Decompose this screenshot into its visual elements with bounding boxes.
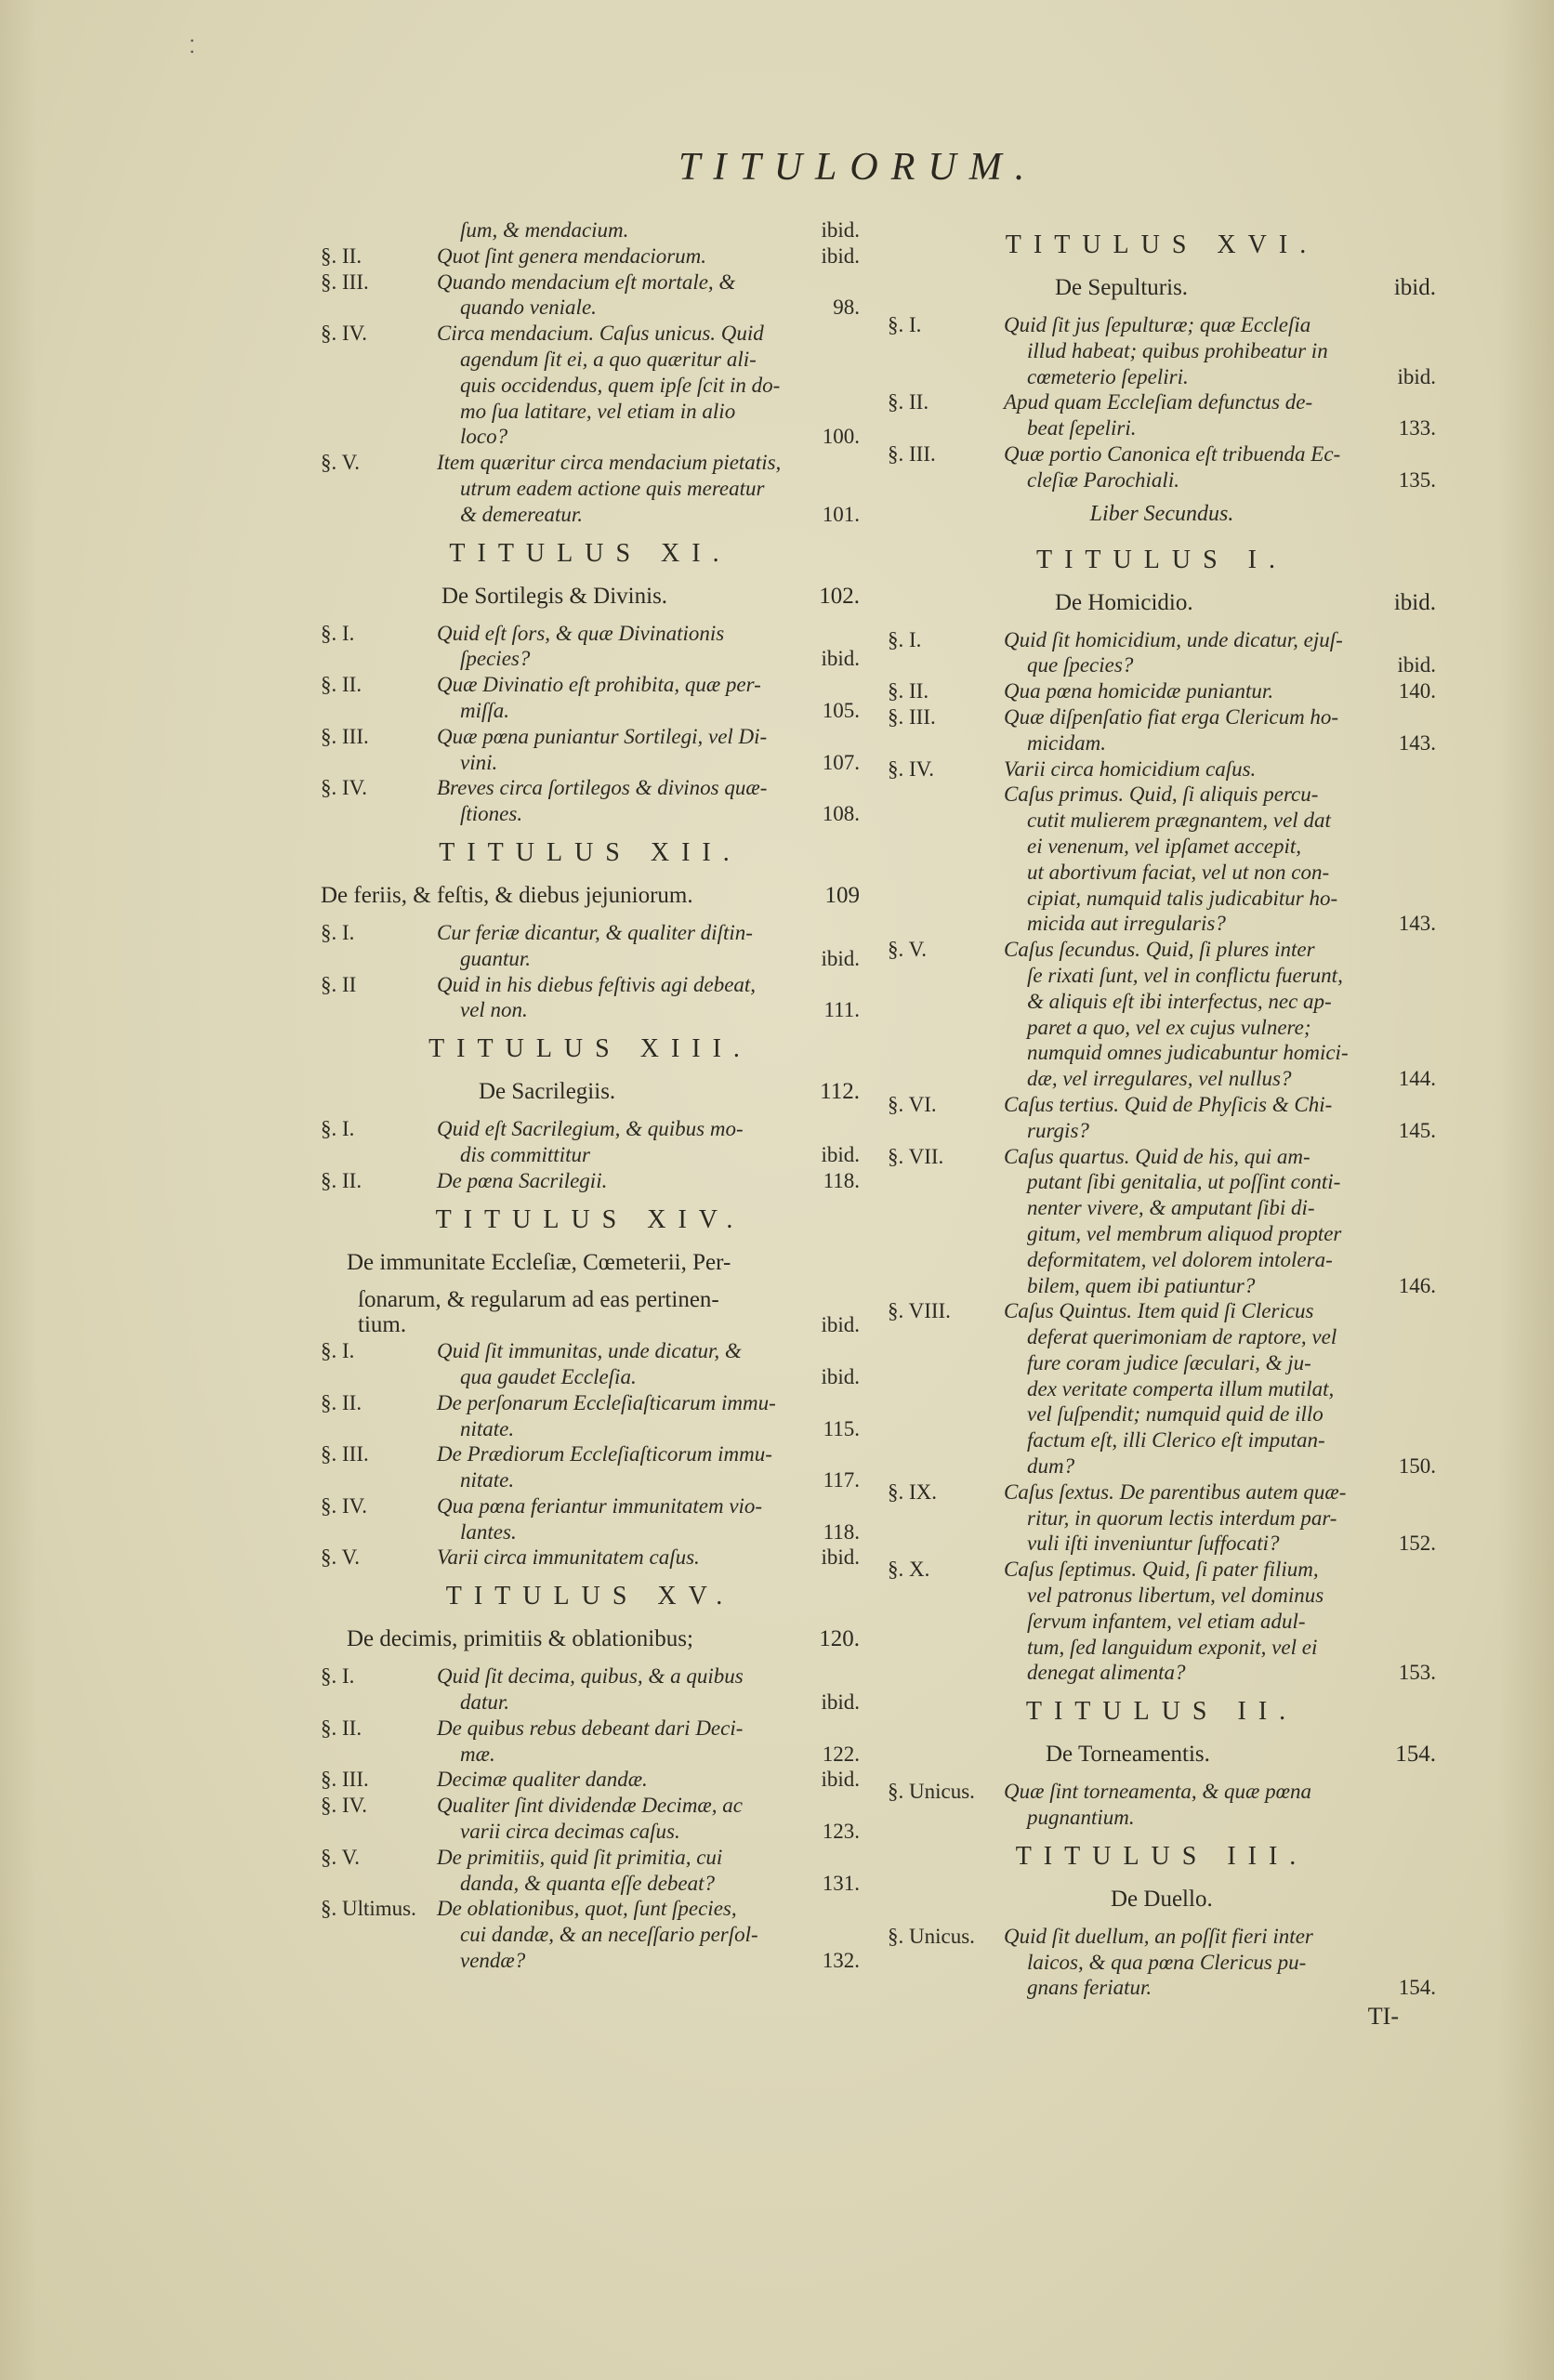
entry-text: Quid in his diebus feſtivis agi debeat, — [437, 972, 756, 998]
section-number: §. I. — [888, 627, 921, 653]
toc-entry-line: vendæ?132. — [321, 1948, 860, 1974]
page-reference: 107. — [823, 750, 860, 776]
entry-text: paret a quo, vel ex cujus vulnere; — [1027, 1015, 1311, 1041]
entry-text: Apud quam Eccleſiam defunctus de- — [1004, 389, 1312, 415]
toc-entry-line: §. Unicus.Quæ ſint torneamenta, & quæ pœ… — [888, 1779, 1436, 1805]
entry-text: ſervum infantem, vel etiam adul- — [1027, 1609, 1306, 1635]
section-number: §. VI. — [888, 1092, 937, 1118]
toc-entry-line: §. IV.Breves circa ſortilegos & divinos … — [321, 775, 860, 801]
entry-text: Quid ſit homicidium, unde dicatur, ejuſ- — [1004, 627, 1343, 653]
entry-text: ritur, in quorum lectis interdum par- — [1027, 1506, 1337, 1532]
section-number: §. III. — [888, 704, 936, 730]
toc-entry-line: miſſa.105. — [321, 698, 860, 724]
toc-entry-line: §. III.Quando mendacium eſt mortale, & — [321, 270, 860, 296]
section-number: §. V. — [321, 1545, 360, 1571]
section-number: §. X. — [888, 1557, 929, 1583]
toc-entry-line: dex veritate comperta illum mutilat, — [888, 1376, 1436, 1402]
toc-entry-line: nenter vivere, & amputant ſibi di- — [888, 1195, 1436, 1221]
toc-entry-line: factum eſt, illi Clerico eſt imputan- — [888, 1427, 1436, 1453]
page-reference: 131. — [823, 1871, 860, 1897]
entry-text: quando veniale. — [460, 295, 597, 321]
toc-entry-line: §. III.Quæ diſpenſatio fiat erga Clericu… — [888, 704, 1436, 730]
entry-text: Item quæritur circa mendacium pietatis, — [437, 450, 781, 476]
toc-entry-line: ſonarum, & regularum ad eas pertinen- — [321, 1287, 860, 1313]
entry-text: Quid ſit jus ſepulturæ; quæ Eccleſia — [1004, 312, 1310, 338]
toc-entry-line: §. III.De Prædiorum Eccleſiaſticorum imm… — [321, 1441, 860, 1467]
section-number: §. I. — [321, 920, 354, 946]
toc-entry-line: vuli iſti inveniuntur ſuffocati?152. — [888, 1531, 1436, 1557]
entry-text: bilem, quem ibi patiuntur? — [1027, 1273, 1255, 1299]
section-number: §. Ultimus. — [321, 1896, 416, 1922]
toc-entry-line: §. V.De primitiis, quid ſit primitia, cu… — [321, 1845, 860, 1871]
section-number: §. II. — [321, 1390, 362, 1416]
toc-entry-line: cleſiæ Parochiali.135. — [888, 467, 1436, 493]
toc-entry-line: §. I.Quid eſt ſors, & quæ Divinationis — [321, 621, 860, 647]
binding-mark: ·· — [189, 35, 195, 58]
titulus-heading: TITULUS I. — [888, 540, 1436, 581]
toc-entry-line: gnans feriatur.154. — [888, 1975, 1436, 2001]
entry-text: datur. — [460, 1690, 509, 1716]
titulus-heading: TITULUS II. — [888, 1691, 1436, 1732]
entry-text: nitate. — [460, 1416, 514, 1442]
toc-entry-line: quis occidendus, quem ipſe ſcit in do- — [321, 373, 860, 399]
entry-text: laicos, & qua pœna Clericus pu- — [1027, 1950, 1306, 1976]
toc-entry-line: ſpecies?ibid. — [321, 646, 860, 672]
toc-entry-line: cui dandæ, & an neceſſario perſol- — [321, 1922, 860, 1948]
entry-text: quis occidendus, quem ipſe ſcit in do- — [460, 373, 780, 399]
entry-text: ſtiones. — [460, 801, 522, 827]
toc-entry-line: §. IV.Circa mendacium. Caſus unicus. Qui… — [321, 321, 860, 347]
section-number: §. IV. — [321, 1793, 367, 1819]
entry-text: cui dandæ, & an neceſſario perſol- — [460, 1922, 758, 1948]
section-number: §. V. — [888, 937, 927, 963]
toc-entry-line: §. IV.Varii circa homicidium caſus. — [888, 756, 1436, 782]
toc-entry-line: ritur, in quorum lectis interdum par- — [888, 1506, 1436, 1532]
entry-text: dex veritate comperta illum mutilat, — [1027, 1376, 1334, 1402]
toc-entry-line: dæ, vel irregulares, vel nullus?144. — [888, 1066, 1436, 1092]
entry-text: que ſpecies? — [1027, 652, 1133, 678]
titulus-heading: TITULUS XII. — [321, 833, 860, 874]
toc-entry-line: §. IIQuid in his diebus feſtivis agi deb… — [321, 972, 860, 998]
catchword: TI- — [888, 2001, 1436, 2032]
page-reference: 145. — [1399, 1118, 1436, 1144]
section-number: §. IV. — [321, 321, 367, 347]
entry-text: De quibus rebus debeant dari Deci- — [437, 1716, 743, 1742]
entry-text: De perſonarum Eccleſiaſticarum immu- — [437, 1390, 776, 1416]
page-reference: 98. — [833, 295, 860, 321]
entry-text: & aliquis eſt ibi interfectus, nec ap- — [1027, 989, 1332, 1015]
page-reference: ibid. — [1394, 270, 1436, 307]
toc-entry-line: tium.ibid. — [321, 1312, 860, 1338]
section-number: §. II. — [321, 1716, 362, 1742]
subject-text: De decimis, primitiis & oblationibus; — [347, 1621, 693, 1658]
entry-text: gitum, vel membrum aliquod propter — [1027, 1221, 1341, 1247]
page-reference: 143. — [1399, 730, 1436, 756]
page-reference: ibid. — [1394, 585, 1436, 622]
entry-text: dis committitur — [460, 1142, 590, 1168]
toc-entry-line: §. III.Quæ portio Canonica eſt tribuenda… — [888, 441, 1436, 467]
toc-entry-line: cutit mulierem prægnantem, vel dat — [888, 808, 1436, 834]
subject-text: De Sacrilegiis. — [479, 1073, 615, 1111]
entry-text: Breves circa ſortilegos & divinos quæ- — [437, 775, 767, 801]
toc-entry-line: §. IV.Qualiter ſint dividendæ Decimæ, ac — [321, 1793, 860, 1819]
section-number: §. III. — [321, 270, 369, 296]
toc-entry-line: dum?150. — [888, 1453, 1436, 1479]
entry-text: pugnantium. — [1027, 1805, 1135, 1831]
toc-entry-line: §. I.Quid ſit decima, quibus, & a quibus — [321, 1663, 860, 1690]
entry-text: ſpecies? — [460, 646, 530, 672]
entry-text: Quot ſint genera mendaciorum. — [437, 243, 706, 270]
toc-entry-line: ſtiones.108. — [321, 801, 860, 827]
titulus-subject: De feriis, & feſtis, & diebus jejuniorum… — [321, 877, 860, 914]
entry-text: Quid eſt ſors, & quæ Divinationis — [437, 621, 724, 647]
section-number: §. Unicus. — [888, 1779, 975, 1805]
entry-text: loco? — [460, 424, 507, 450]
section-number: §. I. — [321, 1116, 354, 1142]
section-number: §. V. — [321, 1845, 360, 1871]
page-reference: ibid. — [821, 217, 860, 243]
toc-entry-line: denegat alimenta?153. — [888, 1660, 1436, 1686]
toc-entry-line: ei venenum, vel ipſamet accepit, — [888, 834, 1436, 860]
toc-entry-line: fure coram judice ſæculari, & ju- — [888, 1350, 1436, 1376]
entry-text: Caſus quartus. Quid de his, qui am- — [1004, 1144, 1310, 1170]
toc-entry-line: dis committituribid. — [321, 1142, 860, 1168]
toc-entry-line: vel ſuſpendit; numquid quid de illo — [888, 1401, 1436, 1427]
entry-text: tum, ſed languidum exponit, vel ei — [1027, 1635, 1317, 1661]
entry-text: putant ſibi genitalia, ut poſſint conti- — [1027, 1169, 1340, 1195]
toc-entry-line: loco?100. — [321, 424, 860, 450]
entry-text: ſe rixati ſunt, vel in conflictu fuerunt… — [1027, 963, 1343, 989]
page-reference: 105. — [823, 698, 860, 724]
titulus-heading: TITULUS XIV. — [321, 1200, 860, 1241]
toc-entry-line: vel patronus libertum, vel dominus — [888, 1583, 1436, 1609]
section-number: §. IV. — [888, 756, 934, 782]
entry-text: De Prædiorum Eccleſiaſticorum immu- — [437, 1441, 772, 1467]
toc-entry-line: §. I.Quid ſit homicidium, unde dicatur, … — [888, 627, 1436, 653]
subject-text: De Sepulturis. — [1055, 270, 1188, 307]
entry-text: dum? — [1027, 1453, 1074, 1479]
section-number: §. II. — [888, 389, 928, 415]
section-number: §. I. — [321, 1338, 354, 1364]
toc-entry-line: §. I.Cur feriæ dicantur, & qualiter diſt… — [321, 920, 860, 946]
page-reference: ibid. — [821, 1142, 860, 1168]
section-number: §. VII. — [888, 1144, 943, 1170]
right-column: TITULUS XVI.De Sepulturis.ibid.§. I.Quid… — [888, 219, 1436, 2032]
entry-text: beat ſepeliri. — [1027, 415, 1137, 441]
titulus-subject: De Homicidio.ibid. — [888, 585, 1436, 622]
entry-text: cœmeterio ſepeliri. — [1027, 364, 1189, 390]
entry-text: varii circa decimas caſus. — [460, 1819, 680, 1845]
entry-text: Caſus primus. Quid, ſi aliquis percu- — [1004, 782, 1318, 808]
toc-entry-line: deferat querimoniam de raptore, vel — [888, 1324, 1436, 1350]
entry-text: vendæ? — [460, 1948, 525, 1974]
page-reference: ibid. — [821, 1545, 860, 1571]
subject-text: De Sortilegis & Divinis. — [441, 578, 667, 615]
entry-text: tium. — [358, 1312, 406, 1338]
entry-text: rurgis? — [1027, 1118, 1089, 1144]
titulus-heading: TITULUS XI. — [321, 533, 860, 574]
page-reference: 101. — [823, 502, 860, 528]
toc-entry-line: §. V.Caſus ſecundus. Quid, ſi plures int… — [888, 937, 1436, 963]
subject-text: De Torneamentis. — [1046, 1736, 1210, 1773]
entry-text: Varii circa homicidium caſus. — [1004, 756, 1256, 782]
entry-text: micidam. — [1027, 730, 1106, 756]
page-reference: 135. — [1399, 467, 1436, 493]
entry-text: mæ. — [460, 1742, 495, 1768]
entry-text: Quæ ſint torneamenta, & quæ pœna — [1004, 1779, 1311, 1805]
toc-entry-line: §. I.Quid ſit immunitas, unde dicatur, & — [321, 1338, 860, 1364]
toc-entry-line: §. II.Apud quam Eccleſiam defunctus de- — [888, 389, 1436, 415]
entry-text: De pœna Sacrilegii. — [437, 1168, 607, 1194]
toc-entry-line: nitate.115. — [321, 1416, 860, 1442]
toc-entry-line: §. VIII.Caſus Quintus. Item quid ſi Cler… — [888, 1298, 1436, 1324]
toc-entry-line: pugnantium. — [888, 1805, 1436, 1831]
page-reference: 146. — [1399, 1273, 1436, 1299]
entry-text: ſonarum, & regularum ad eas pertinen- — [358, 1287, 719, 1313]
toc-entry-line: mæ.122. — [321, 1742, 860, 1768]
entry-text: Quid ſit immunitas, unde dicatur, & — [437, 1338, 742, 1364]
page-reference: 133. — [1399, 415, 1436, 441]
entry-text: numquid omnes judicabuntur homici- — [1027, 1040, 1349, 1066]
section-number: §. III. — [321, 1441, 369, 1467]
entry-text: cleſiæ Parochiali. — [1027, 467, 1179, 493]
page-reference: ibid. — [821, 646, 860, 672]
toc-entry-line: §. II.De quibus rebus debeant dari Deci- — [321, 1716, 860, 1742]
entry-text: De primitiis, quid ſit primitia, cui — [437, 1845, 722, 1871]
toc-entry-line: quando veniale.98. — [321, 295, 860, 321]
page-reference: 111. — [823, 997, 860, 1023]
section-number: §. II. — [321, 1168, 362, 1194]
titulus-subject: De Sortilegis & Divinis.102. — [321, 578, 860, 615]
titulus-subject: De immunitate Eccleſiæ, Cœmeterii, Per- — [321, 1244, 860, 1282]
entry-text: vel ſuſpendit; numquid quid de illo — [1027, 1401, 1324, 1427]
section-number: §. II. — [321, 243, 362, 270]
entry-text: Caſus tertius. Quid de Phyſicis & Chi- — [1004, 1092, 1332, 1118]
entry-text: cipiat, numquid talis judicabitur ho- — [1027, 886, 1337, 912]
page-reference: 100. — [823, 424, 860, 450]
toc-entry-line: §. V.Item quæritur circa mendacium pieta… — [321, 450, 860, 476]
entry-text: guantur. — [460, 946, 531, 972]
toc-entry-line: §. II.Qua pœna homicidæ puniantur.140. — [888, 678, 1436, 704]
entry-text: ſum, & mendacium. — [460, 217, 628, 243]
entry-text: qua gaudet Eccleſia. — [460, 1364, 637, 1390]
toc-entry-line: Caſus primus. Quid, ſi aliquis percu- — [888, 782, 1436, 808]
toc-entry-line: tum, ſed languidum exponit, vel ei — [888, 1635, 1436, 1661]
page-reference: 115. — [823, 1416, 860, 1442]
entry-text: Quid ſit decima, quibus, & a quibus — [437, 1663, 744, 1690]
toc-entry-line: nitate.117. — [321, 1467, 860, 1493]
page-reference: 123. — [823, 1819, 860, 1845]
toc-entry-line: §. II.Quot ſint genera mendaciorum.ibid. — [321, 243, 860, 270]
toc-entry-line: cipiat, numquid talis judicabitur ho- — [888, 886, 1436, 912]
toc-entry-line: §. III.Decimæ qualiter dandæ.ibid. — [321, 1767, 860, 1793]
page-reference: 143. — [1399, 911, 1436, 937]
entry-text: Quæ diſpenſatio fiat erga Clericum ho- — [1004, 704, 1338, 730]
entry-text: miſſa. — [460, 698, 509, 724]
subject-text: De Homicidio. — [1055, 585, 1193, 622]
toc-entry-line: §. III.Quæ pœna puniantur Sortilegi, vel… — [321, 724, 860, 750]
toc-entry-line: §. II.De perſonarum Eccleſiaſticarum imm… — [321, 1390, 860, 1416]
toc-entry-line: rurgis?145. — [888, 1118, 1436, 1144]
toc-entry-line: laicos, & qua pœna Clericus pu- — [888, 1950, 1436, 1976]
toc-entry-line: micida aut irregularis?143. — [888, 911, 1436, 937]
toc-entry-line: §. Ultimus.De oblationibus, quot, ſunt ſ… — [321, 1896, 860, 1922]
entry-text: agendum ſit ei, a quo quæritur ali- — [460, 347, 757, 373]
page-reference: ibid. — [821, 243, 860, 270]
page-reference: 108. — [823, 801, 860, 827]
entry-text: deformitatem, vel dolorem intolera- — [1027, 1247, 1333, 1273]
scanned-page: ·· TITULORUM. ſum, & mendacium.ibid.§. I… — [0, 0, 1554, 2380]
left-column: ſum, & mendacium.ibid.§. II.Quot ſint ge… — [321, 217, 860, 1974]
titulus-subject: De Duello. — [888, 1881, 1436, 1918]
toc-entry-line: §. VI.Caſus tertius. Quid de Phyſicis & … — [888, 1092, 1436, 1118]
section-number: §. IV. — [321, 1493, 367, 1519]
entry-text: Caſus ſeptimus. Quid, ſi pater filium, — [1004, 1557, 1319, 1583]
entry-text: Cur feriæ dicantur, & qualiter diſtin- — [437, 920, 753, 946]
toc-entry-line: que ſpecies?ibid. — [888, 652, 1436, 678]
toc-entry-line: qua gaudet Eccleſia.ibid. — [321, 1364, 860, 1390]
entry-text: Qua pœna feriantur immunitatem vio- — [437, 1493, 762, 1519]
entry-text: Caſus Quintus. Item quid ſi Clericus — [1004, 1298, 1314, 1324]
toc-entry-line: §. Unicus.Quid ſit duellum, an poſſit fi… — [888, 1924, 1436, 1950]
titulus-heading: TITULUS XVI. — [888, 225, 1436, 266]
page-reference: 120. — [819, 1621, 860, 1658]
toc-entry-line: lantes.118. — [321, 1519, 860, 1545]
section-number: §. III. — [321, 1767, 369, 1793]
entry-text: vini. — [460, 750, 497, 776]
toc-entry-line: gitum, vel membrum aliquod propter — [888, 1221, 1436, 1247]
page-shadow-left — [0, 0, 37, 2380]
section-number: §. I. — [888, 312, 921, 338]
entry-text: nitate. — [460, 1467, 514, 1493]
subject-text: De immunitate Eccleſiæ, Cœmeterii, Per- — [347, 1244, 731, 1282]
section-number: §. IV. — [321, 775, 367, 801]
entry-text: & demereatur. — [460, 502, 583, 528]
subject-text: De feriis, & feſtis, & diebus jejuniorum… — [321, 877, 693, 914]
page-reference: 112. — [820, 1073, 860, 1111]
toc-entry-line: numquid omnes judicabuntur homici- — [888, 1040, 1436, 1066]
toc-entry-line: §. I.Quid ſit jus ſepulturæ; quæ Eccleſi… — [888, 312, 1436, 338]
entry-text: vel patronus libertum, vel dominus — [1027, 1583, 1324, 1609]
entry-text: fure coram judice ſæculari, & ju- — [1027, 1350, 1311, 1376]
entry-text: Quando mendacium eſt mortale, & — [437, 270, 735, 296]
page-reference: 140. — [1399, 678, 1436, 704]
section-number: §. II — [321, 972, 356, 998]
page-reference: 118. — [823, 1519, 860, 1545]
toc-entry-line: illud habeat; quibus prohibeatur in — [888, 338, 1436, 364]
titulus-heading: TITULUS III. — [888, 1836, 1436, 1877]
entry-text: Quæ portio Canonica eſt tribuenda Ec- — [1004, 441, 1340, 467]
section-number: §. I. — [321, 621, 354, 647]
page-reference: 117. — [823, 1467, 860, 1493]
toc-entry-line: danda, & quanta eſſe debeat?131. — [321, 1871, 860, 1897]
toc-entry-line: vini.107. — [321, 750, 860, 776]
entry-text: deferat querimoniam de raptore, vel — [1027, 1324, 1337, 1350]
entry-text: ut abortivum faciat, vel ut non con- — [1027, 860, 1329, 886]
entry-text: lantes. — [460, 1519, 517, 1545]
toc-entry-line: §. V.Varii circa immunitatem caſus.ibid. — [321, 1545, 860, 1571]
entry-text: Qua pœna homicidæ puniantur. — [1004, 678, 1273, 704]
toc-entry-line: ſe rixati ſunt, vel in conflictu fuerunt… — [888, 963, 1436, 989]
toc-entry-line: micidam.143. — [888, 730, 1436, 756]
toc-entry-line: §. II.De pœna Sacrilegii.118. — [321, 1168, 860, 1194]
section-number: §. III. — [888, 441, 936, 467]
titulus-heading: TITULUS XV. — [321, 1576, 860, 1617]
page-reference: ibid. — [821, 1690, 860, 1716]
page-reference: ibid. — [821, 1312, 860, 1338]
toc-entry-line: §. IX.Caſus ſextus. De parentibus autem … — [888, 1479, 1436, 1506]
section-number: §. II. — [888, 678, 928, 704]
page-reference: 144. — [1399, 1066, 1436, 1092]
titulus-subject: De Torneamentis.154. — [888, 1736, 1436, 1773]
entry-text: Caſus ſecundus. Quid, ſi plures inter — [1004, 937, 1315, 963]
page-reference: ibid. — [821, 1364, 860, 1390]
toc-entry-line: beat ſepeliri.133. — [888, 415, 1436, 441]
toc-entry-line: ut abortivum faciat, vel ut non con- — [888, 860, 1436, 886]
entry-text: Quid eſt Sacrilegium, & quibus mo- — [437, 1116, 744, 1142]
entry-text: Quid ſit duellum, an poſſit fieri inter — [1004, 1924, 1313, 1950]
titulus-subject: De decimis, primitiis & oblationibus;120… — [321, 1621, 860, 1658]
entry-text: Caſus ſextus. De parentibus autem quæ- — [1004, 1479, 1346, 1506]
titulus-subject: De Sepulturis.ibid. — [888, 270, 1436, 307]
section-number: §. VIII. — [888, 1298, 951, 1324]
toc-entry-line: §. II.Quæ Divinatio eſt prohibita, quæ p… — [321, 672, 860, 698]
page-reference: 132. — [823, 1948, 860, 1974]
page-reference: 150. — [1399, 1453, 1436, 1479]
toc-entry-line: deformitatem, vel dolorem intolera- — [888, 1247, 1436, 1273]
entry-text: nenter vivere, & amputant ſibi di- — [1027, 1195, 1315, 1221]
subject-text: De Duello. — [1111, 1881, 1213, 1918]
entry-text: mo ſua latitare, vel etiam in alio — [460, 399, 735, 425]
book-heading: Liber Secundus. — [888, 493, 1436, 534]
titulus-subject: De Sacrilegiis.112. — [321, 1073, 860, 1111]
entry-text: gnans feriatur. — [1027, 1975, 1152, 2001]
page-reference: ibid. — [1397, 364, 1436, 390]
toc-entry-line: mo ſua latitare, vel etiam in alio — [321, 399, 860, 425]
entry-text: De oblationibus, quot, ſunt ſpecies, — [437, 1896, 737, 1922]
entry-text: ei venenum, vel ipſamet accepit, — [1027, 834, 1301, 860]
entry-text: danda, & quanta eſſe debeat? — [460, 1871, 715, 1897]
page-reference: ibid. — [821, 1767, 860, 1793]
section-number: §. IX. — [888, 1479, 937, 1506]
page-reference: 152. — [1399, 1531, 1436, 1557]
page-reference: 154. — [1395, 1736, 1436, 1773]
section-number: §. II. — [321, 672, 362, 698]
section-number: §. Unicus. — [888, 1924, 975, 1950]
toc-entry-line: cœmeterio ſepeliri.ibid. — [888, 364, 1436, 390]
toc-entry-line: bilem, quem ibi patiuntur?146. — [888, 1273, 1436, 1299]
toc-entry-line: §. IV.Qua pœna feriantur immunitatem vio… — [321, 1493, 860, 1519]
page-reference: ibid. — [1397, 652, 1436, 678]
page-reference: 118. — [823, 1168, 860, 1194]
entry-text: Decimæ qualiter dandæ. — [437, 1767, 648, 1793]
toc-entry-line: datur.ibid. — [321, 1690, 860, 1716]
toc-entry-line: ſervum infantem, vel etiam adul- — [888, 1609, 1436, 1635]
entry-text: vuli iſti inveniuntur ſuffocati? — [1027, 1531, 1280, 1557]
page-reference: 102. — [819, 578, 860, 615]
section-number: §. V. — [321, 450, 360, 476]
entry-text: dæ, vel irregulares, vel nullus? — [1027, 1066, 1291, 1092]
entry-text: micida aut irregularis? — [1027, 911, 1226, 937]
page-shadow-right — [1498, 0, 1554, 2380]
section-number: §. I. — [321, 1663, 354, 1690]
toc-entry-line: & demereatur.101. — [321, 502, 860, 528]
entry-text: Quæ Divinatio eſt prohibita, quæ per- — [437, 672, 761, 698]
page-reference: 153. — [1399, 1660, 1436, 1686]
toc-entry-line: paret a quo, vel ex cujus vulnere; — [888, 1015, 1436, 1041]
toc-entry-line: guantur.ibid. — [321, 946, 860, 972]
toc-entry-line: varii circa decimas caſus.123. — [321, 1819, 860, 1845]
